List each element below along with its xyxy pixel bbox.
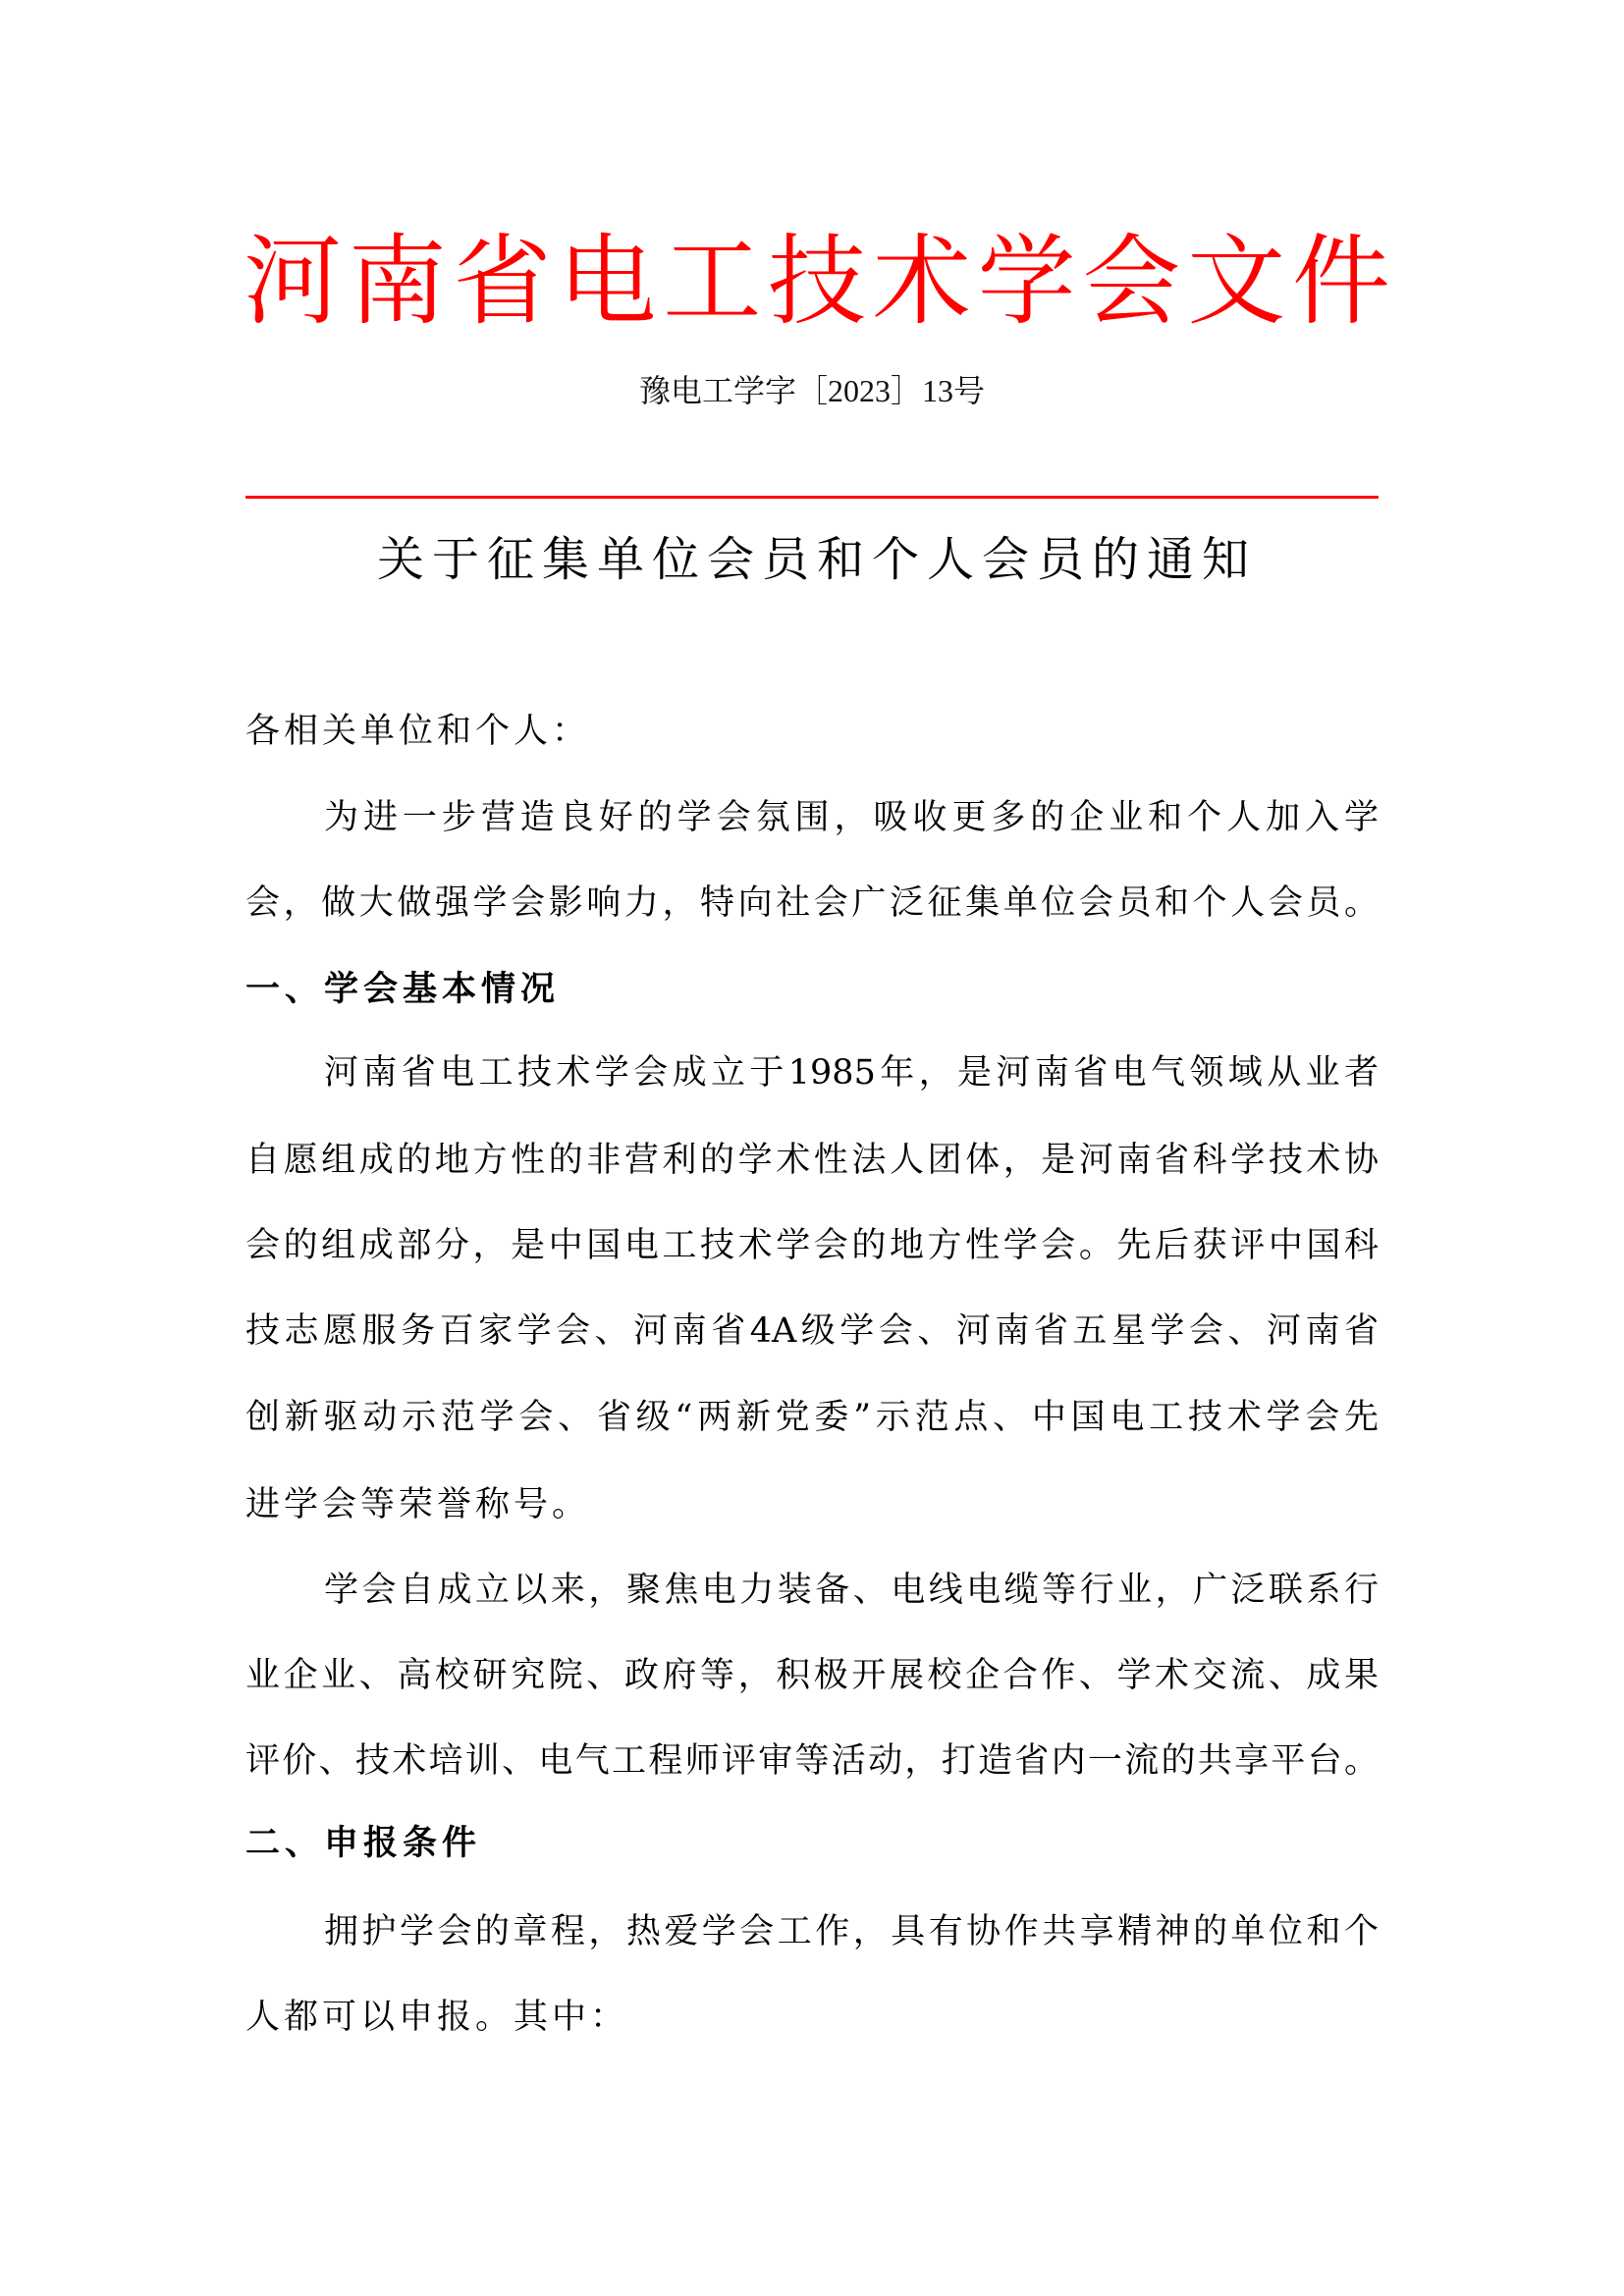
salutation: 各相关单位和个人： [245, 707, 1379, 756]
section1-para2-line: 评价、技术培训、电气工程师评审等活动，打造省内一流的共享平台。 [245, 1736, 1379, 1786]
section1-para1-line: 技志愿服务百家学会、河南省4A级学会、河南省五星学会、河南省 [245, 1307, 1379, 1356]
section1-para1-line: 自愿组成的地方性的非营利的学术性法人团体，是河南省科学技术协 [245, 1136, 1379, 1185]
section1-para1-line: 会的组成部分，是中国电工技术学会的地方性学会。先后获评中国科 [245, 1221, 1379, 1270]
red-divider-line [245, 496, 1379, 499]
section1-para1-line: 河南省电工技术学会成立于1985年，是河南省电气领域从业者 [324, 1048, 1379, 1097]
section2-para1-line: 拥护学会的章程，热爱学会工作，具有协作共享精神的单位和个 [324, 1907, 1379, 1956]
org-document-title: 河南省电工技术学会文件 [244, 228, 1392, 336]
intro-line: 为进一步营造良好的学会氛围，吸收更多的企业和个人加入学 [324, 793, 1379, 842]
section1-para2-line: 学会自成立以来，聚焦电力装备、电线电缆等行业，广泛联系行 [324, 1566, 1379, 1615]
intro-line: 会，做大做强学会影响力，特向社会广泛征集单位会员和个人会员。 [245, 879, 1379, 928]
section-heading-basic-info: 一、学会基本情况 [245, 965, 1379, 1014]
notice-title: 关于征集单位会员和个人会员的通知 [377, 530, 1249, 589]
section1-para1-line: 创新驱动示范学会、省级“两新党委”示范点、中国电工技术学会先 [245, 1393, 1379, 1442]
section1-para2-line: 业企业、高校研究院、政府等，积极开展校企合作、学术交流、成果 [245, 1651, 1379, 1700]
section2-para1-line: 人都可以申报。其中： [245, 1993, 1379, 2042]
document-number: 豫电工学字［2023］13号 [0, 369, 1624, 412]
document-page: 河南省电工技术学会文件 豫电工学字［2023］13号 关于征集单位会员和个人会员… [0, 0, 1624, 2296]
section1-para1-line: 进学会等荣誉称号。 [245, 1480, 1379, 1529]
section-heading-requirements: 二、申报条件 [245, 1819, 1379, 1868]
